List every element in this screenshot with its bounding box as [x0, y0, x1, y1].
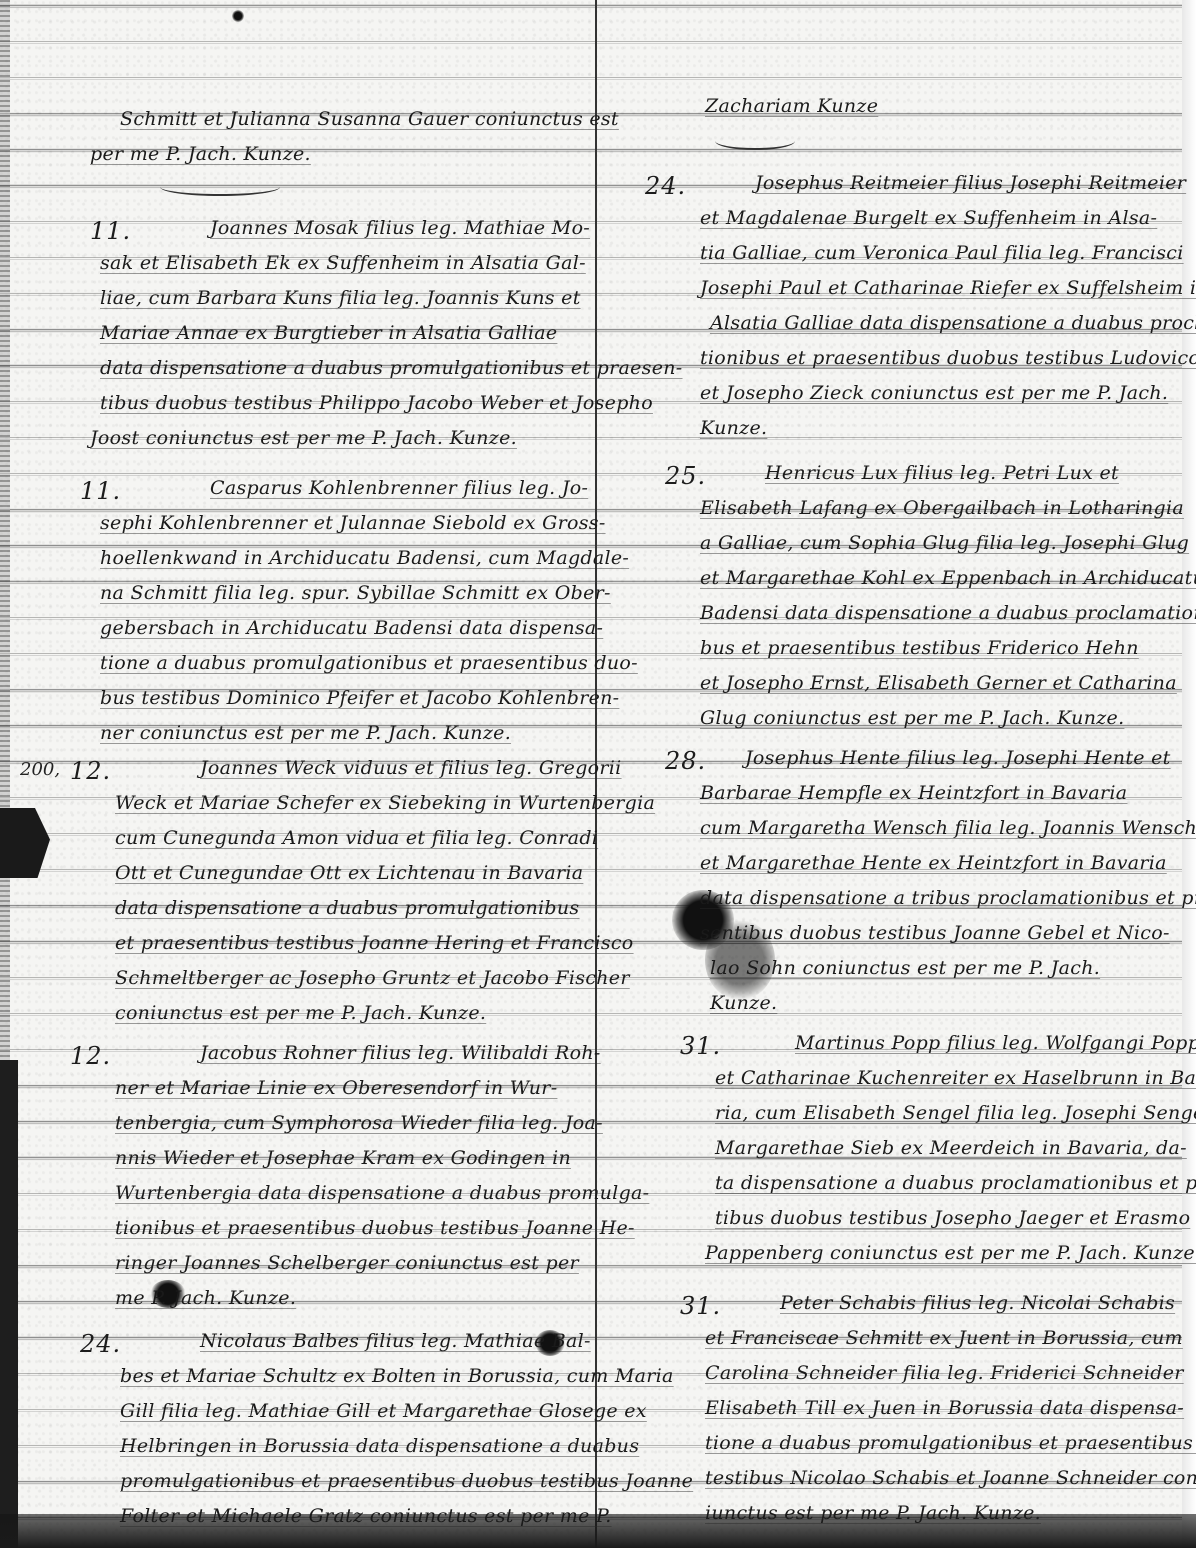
entry-line: lao Sohn coniunctus est per me P. Jach.: [710, 957, 1100, 979]
entry-line: et Josepho Ernst, Elisabeth Gerner et Ca…: [700, 672, 1177, 694]
entry-line: Ott et Cunegundae Ott ex Lichtenau in Ba…: [115, 862, 583, 884]
entry-line: a Galliae, cum Sophia Glug filia leg. Jo…: [700, 532, 1189, 554]
entry-line: Kunze.: [700, 417, 767, 439]
entry-line: Henricus Lux filius leg. Petri Lux et: [765, 462, 1119, 484]
entry-line: Josephi Paul et Catharinae Riefer ex Suf…: [700, 277, 1196, 299]
entry-line: bes et Mariae Schultz ex Bolten in Borus…: [120, 1365, 674, 1387]
entry-line: et Catharinae Kuchenreiter ex Haselbrunn…: [715, 1067, 1196, 1089]
entry-line: cum Margaretha Wensch filia leg. Joannis…: [700, 817, 1196, 839]
entry-line: Nicolaus Balbes filius leg. Mathiae Bal-: [200, 1330, 591, 1352]
entry-line: cum Cunegunda Amon vidua et filia leg. C…: [115, 827, 598, 849]
continuation-line: per me P. Jach. Kunze.: [90, 143, 311, 165]
page-edge-right: [1182, 0, 1196, 1548]
entry-number: 24.: [80, 1330, 121, 1358]
entry-line: Wurtenbergia data dispensatione a duabus…: [115, 1182, 649, 1204]
right-column: Zachariam Kunze 24. Josephus Reitmeier f…: [605, 0, 1180, 1548]
entry-line: Elisabeth Lafang ex Obergailbach in Loth…: [700, 497, 1184, 519]
entry-line: coniunctus est per me P. Jach. Kunze.: [115, 1002, 486, 1024]
entry-line: Gill filia leg. Mathiae Gill et Margaret…: [120, 1400, 647, 1422]
entry-line: Schmeltberger ac Josepho Gruntz et Jacob…: [115, 967, 630, 989]
entry-line: tionibus et praesentibus duobus testibus…: [700, 347, 1196, 369]
entry-line: Helbringen in Borussia data dispensation…: [120, 1435, 639, 1457]
entry-line: et Franciscae Schmitt ex Juent in Boruss…: [705, 1327, 1183, 1349]
entry-number: 12.: [70, 1042, 111, 1070]
entry-line: sentibus duobus testibus Joanne Gebel et…: [700, 922, 1170, 944]
continuation-line: Zachariam Kunze: [705, 95, 878, 117]
closing-flourish: [715, 132, 795, 150]
closing-flourish: [160, 178, 280, 196]
entry-line: tia Galliae, cum Veronica Paul filia leg…: [700, 242, 1184, 264]
entry-line: data dispensatione a tribus proclamation…: [700, 887, 1196, 909]
register-page: Schmitt et Julianna Susanna Gauer coniun…: [0, 0, 1196, 1548]
entry-line: Casparus Kohlenbrenner filius leg. Jo-: [210, 477, 588, 499]
entry-line: Carolina Schneider filia leg. Friderici …: [705, 1362, 1184, 1384]
entry-line: Martinus Popp filius leg. Wolfgangi Popp: [795, 1032, 1196, 1054]
entry-line: nnis Wieder et Josephae Kram ex Godingen…: [115, 1147, 571, 1169]
left-column: Schmitt et Julianna Susanna Gauer coniun…: [20, 0, 590, 1548]
entry-number: 12.: [70, 757, 111, 785]
entry-number: 11.: [80, 477, 121, 505]
entry-line: ner et Mariae Linie ex Oberesendorf in W…: [115, 1077, 557, 1099]
entry-line: Joannes Weck viduus et filius leg. Grego…: [200, 757, 622, 779]
entry-line: et Margarethae Kohl ex Eppenbach in Arch…: [700, 567, 1196, 589]
margin-note: 200,: [20, 759, 60, 780]
entry-line: et praesentibus testibus Joanne Hering e…: [115, 932, 634, 954]
entry-line: sak et Elisabeth Ek ex Suffenheim in Als…: [100, 252, 586, 274]
entry-number: 25.: [665, 462, 706, 490]
entry-line: Josephus Reitmeier filius Josephi Reitme…: [755, 172, 1186, 194]
entry-line: tibus duobus testibus Philippo Jacobo We…: [100, 392, 653, 414]
entry-line: tionibus et praesentibus duobus testibus…: [115, 1217, 635, 1239]
entry-line: Weck et Mariae Schefer ex Siebeking in W…: [115, 792, 655, 814]
entry-line: Mariae Annae ex Burgtieber in Alsatia Ga…: [100, 322, 557, 344]
entry-line: sephi Kohlenbrenner et Julannae Siebold …: [100, 512, 606, 534]
entry-line: Margarethae Sieb ex Meerdeich in Bavaria…: [715, 1137, 1187, 1159]
entry-line: et Josepho Zieck coniunctus est per me P…: [700, 382, 1168, 404]
entry-line: Barbarae Hempfle ex Heintzfort in Bavari…: [700, 782, 1127, 804]
entry-line: liae, cum Barbara Kuns filia leg. Joanni…: [100, 287, 581, 309]
entry-line: tione a duabus promulgationibus et praes…: [705, 1432, 1196, 1454]
entry-line: Pappenberg coniunctus est per me P. Jach…: [705, 1242, 1196, 1264]
entry-number: 28.: [665, 747, 706, 775]
entry-line: Kunze.: [710, 992, 777, 1014]
entry-line: tione a duabus promulgationibus et praes…: [100, 652, 638, 674]
scan-shadow-left: [0, 1060, 18, 1548]
entry-line: et Margarethae Hente ex Heintzfort in Ba…: [700, 852, 1167, 874]
entry-line: et Magdalenae Burgelt ex Suffenheim in A…: [700, 207, 1157, 229]
entry-line: Alsatia Galliae data dispensatione a dua…: [710, 312, 1196, 334]
entry-line: tibus duobus testibus Josepho Jaeger et …: [715, 1207, 1190, 1229]
entry-line: ria, cum Elisabeth Sengel filia leg. Jos…: [715, 1102, 1196, 1124]
entry-line: ner coniunctus est per me P. Jach. Kunze…: [100, 722, 511, 744]
entry-line: na Schmitt filia leg. spur. Sybillae Sch…: [100, 582, 611, 604]
entry-line: Peter Schabis filius leg. Nicolai Schabi…: [780, 1292, 1175, 1314]
entry-line: Joannes Mosak filius leg. Mathiae Mo-: [210, 217, 590, 239]
entry-line: Folter et Michaele Gratz coniunctus est …: [120, 1505, 612, 1527]
entry-number: 31.: [680, 1032, 721, 1060]
entry-number: 31.: [680, 1292, 721, 1320]
entry-line: bus testibus Dominico Pfeifer et Jacobo …: [100, 687, 619, 709]
entry-line: data dispensatione a duabus promulgation…: [115, 897, 579, 919]
entry-line: Joost coniunctus est per me P. Jach. Kun…: [90, 427, 517, 449]
continuation-line: Schmitt et Julianna Susanna Gauer coniun…: [120, 108, 619, 130]
entry-number: 24.: [645, 172, 686, 200]
entry-line: bus et praesentibus testibus Friderico H…: [700, 637, 1139, 659]
entry-line: hoellenkwand in Archiducatu Badensi, cum…: [100, 547, 629, 569]
entry-line: ta dispensatione a duabus proclamationib…: [715, 1172, 1196, 1194]
entry-line: iunctus est per me P. Jach. Kunze.: [705, 1502, 1041, 1524]
entry-line: tenbergia, cum Symphorosa Wieder filia l…: [115, 1112, 603, 1134]
entry-line: gebersbach in Archiducatu Badensi data d…: [100, 617, 603, 639]
entry-line: Glug coniunctus est per me P. Jach. Kunz…: [700, 707, 1124, 729]
entry-line: Jacobus Rohner filius leg. Wilibaldi Roh…: [200, 1042, 601, 1064]
entry-line: Badensi data dispensatione a duabus proc…: [700, 602, 1196, 624]
entry-line: Elisabeth Till ex Juen in Borussia data …: [705, 1397, 1184, 1419]
entry-line: data dispensatione a duabus promulgation…: [100, 357, 683, 379]
entry-line: ringer Joannes Schelberger coniunctus es…: [115, 1252, 579, 1274]
entry-line: me P. Jach. Kunze.: [115, 1287, 296, 1309]
entry-line: testibus Nicolao Schabis et Joanne Schne…: [705, 1467, 1196, 1489]
entry-number: 11.: [90, 217, 131, 245]
entry-line: Josephus Hente filius leg. Josephi Hente…: [745, 747, 1171, 769]
